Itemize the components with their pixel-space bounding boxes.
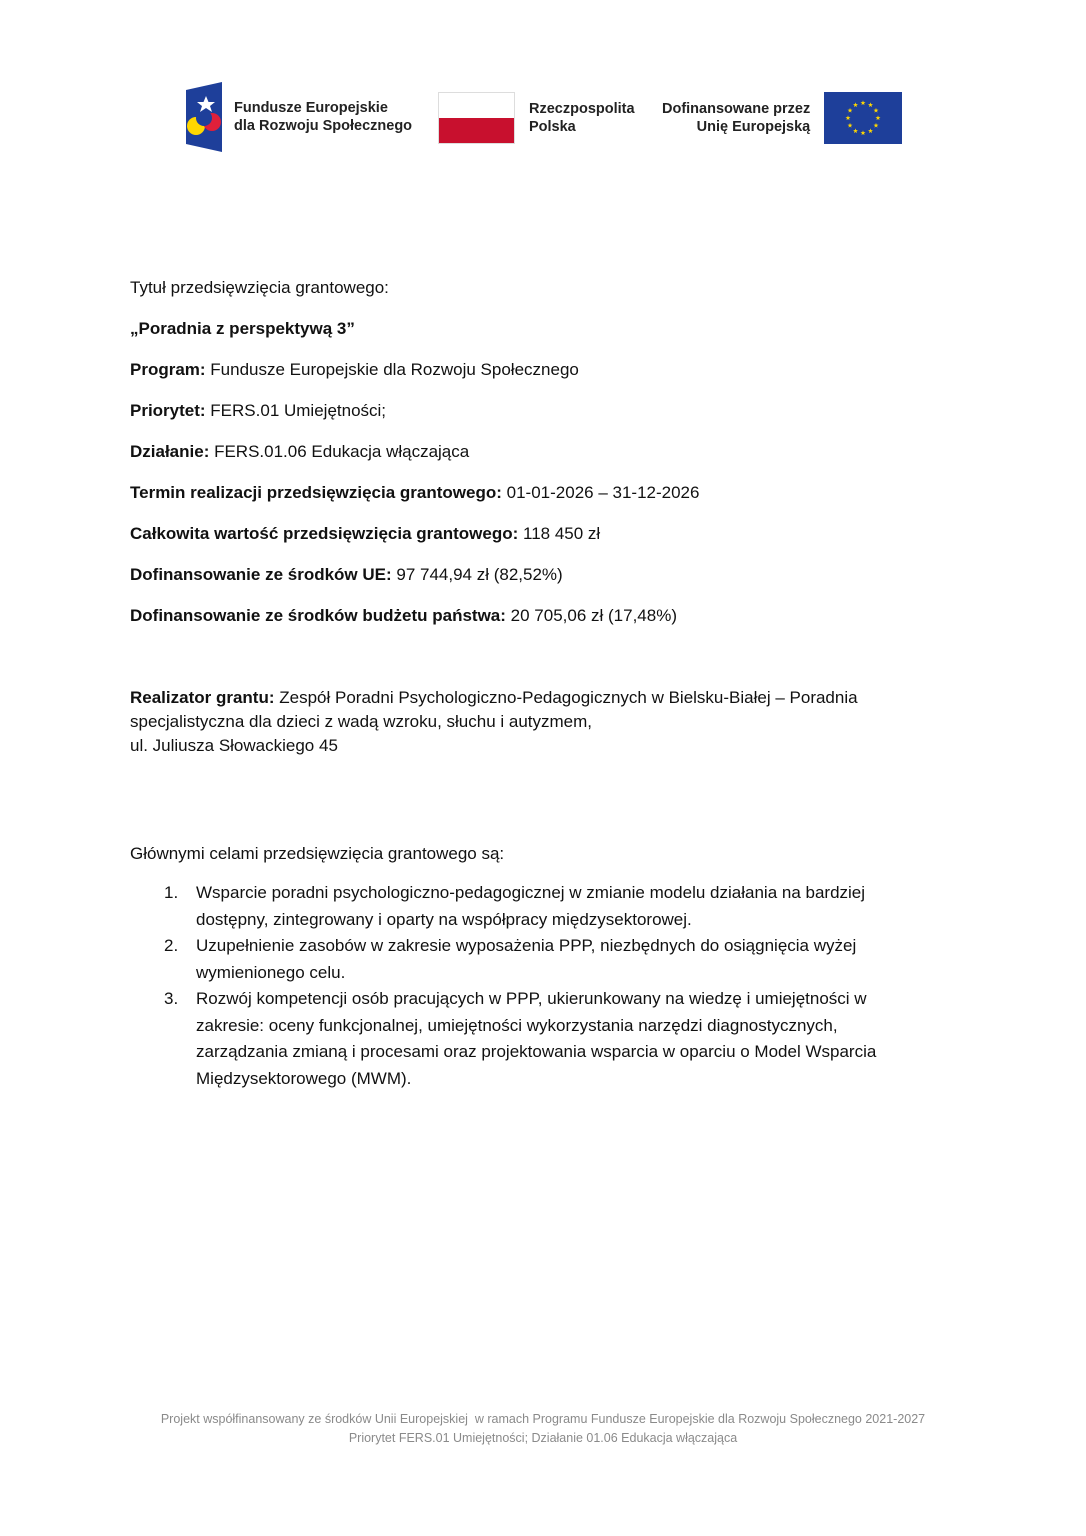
fe-logo-text: Fundusze Europejskie dla Rozwoju Społecz…: [234, 99, 412, 135]
grant-field: Priorytet: FERS.01 Umiejętności;: [130, 399, 386, 423]
goal-text: Uzupełnienie zasobów w zakresie wyposaże…: [196, 936, 856, 982]
goals-heading: Głównymi celami przedsięwzięcia grantowe…: [130, 842, 504, 866]
grant-field-label: Całkowita wartość przedsięwzięcia granto…: [130, 524, 518, 543]
fe-logo-line1: Fundusze Europejskie: [234, 99, 412, 117]
grant-field-label: Program:: [130, 360, 206, 379]
grant-field-value: 01-01-2026 – 31-12-2026: [502, 483, 700, 502]
goal-item: 3.Rozwój kompetencji osób pracujących w …: [130, 986, 930, 1092]
fe-logo-icon: [186, 82, 222, 152]
goal-item: 1.Wsparcie poradni psychologiczno-pedago…: [130, 880, 930, 933]
ue-logo-text: Dofinansowane przez Unię Europejską: [662, 100, 810, 136]
realizator-block: Realizator grantu: Zespół Poradni Psycho…: [130, 686, 910, 758]
grant-field: Termin realizacji przedsięwzięcia granto…: [130, 481, 699, 505]
rp-logo-text: Rzeczpospolita Polska: [529, 100, 635, 136]
grant-field: Program: Fundusze Europejskie dla Rozwoj…: [130, 358, 579, 382]
goal-number: 1.: [164, 880, 178, 907]
grant-field-label: Działanie:: [130, 442, 209, 461]
goal-text: Wsparcie poradni psychologiczno-pedagogi…: [196, 883, 865, 929]
goals-list: 1.Wsparcie poradni psychologiczno-pedago…: [130, 880, 930, 1092]
rp-logo-line1: Rzeczpospolita: [529, 100, 635, 118]
ue-logo: Dofinansowane przez Unię Europejską: [662, 92, 902, 144]
goal-text: Rozwój kompetencji osób pracujących w PP…: [196, 989, 876, 1088]
grant-field: Dofinansowanie ze środków UE: 97 744,94 …: [130, 563, 563, 587]
fe-logo-line2: dla Rozwoju Społecznego: [234, 117, 412, 135]
realizator-line2: specjalistyczna dla dzieci z wadą wzroku…: [130, 712, 592, 731]
grant-field-value: 118 450 zł: [518, 524, 600, 543]
footer: Projekt współfinansowany ze środków Unii…: [0, 1410, 1086, 1448]
grant-field-label: Dofinansowanie ze środków UE:: [130, 565, 392, 584]
rp-logo-line2: Polska: [529, 118, 635, 136]
grant-field-label: Termin realizacji przedsięwzięcia granto…: [130, 483, 502, 502]
grant-field-value: 97 744,94 zł (82,52%): [392, 565, 563, 584]
grant-field-value: 20 705,06 zł (17,48%): [506, 606, 677, 625]
footer-line1: Projekt współfinansowany ze środków Unii…: [0, 1410, 1086, 1429]
realizator-address: ul. Juliusza Słowackiego 45: [130, 736, 338, 755]
ue-logo-line2: Unię Europejską: [662, 118, 810, 136]
polish-flag-icon: [438, 92, 515, 144]
grant-field: Działanie: FERS.01.06 Edukacja włączając…: [130, 440, 469, 464]
grant-title: „Poradnia z perspektywą 3”: [130, 317, 355, 341]
grant-field: Dofinansowanie ze środków budżetu państw…: [130, 604, 677, 628]
grant-field-label: Dofinansowanie ze środków budżetu państw…: [130, 606, 506, 625]
grant-field-value: Fundusze Europejskie dla Rozwoju Społecz…: [206, 360, 579, 379]
footer-line2: Priorytet FERS.01 Umiejętności; Działani…: [0, 1429, 1086, 1448]
grant-field-value: FERS.01 Umiejętności;: [206, 401, 386, 420]
goal-item: 2.Uzupełnienie zasobów w zakresie wyposa…: [130, 933, 930, 986]
eu-flag-icon: [824, 92, 902, 144]
grant-field-label: Priorytet:: [130, 401, 206, 420]
title-label: Tytuł przedsięwzięcia grantowego:: [130, 276, 389, 300]
goal-number: 3.: [164, 986, 178, 1013]
realizator-line1: Zespół Poradni Psychologiczno-Pedagogicz…: [275, 688, 858, 707]
goal-number: 2.: [164, 933, 178, 960]
grant-field-value: FERS.01.06 Edukacja włączająca: [209, 442, 469, 461]
grant-field: Całkowita wartość przedsięwzięcia granto…: [130, 522, 600, 546]
ue-logo-line1: Dofinansowane przez: [662, 100, 810, 118]
rp-logo: Rzeczpospolita Polska: [438, 92, 635, 144]
fe-logo: Fundusze Europejskie dla Rozwoju Społecz…: [186, 82, 412, 152]
realizator-label: Realizator grantu:: [130, 688, 275, 707]
logo-bar: Fundusze Europejskie dla Rozwoju Społecz…: [186, 82, 906, 154]
